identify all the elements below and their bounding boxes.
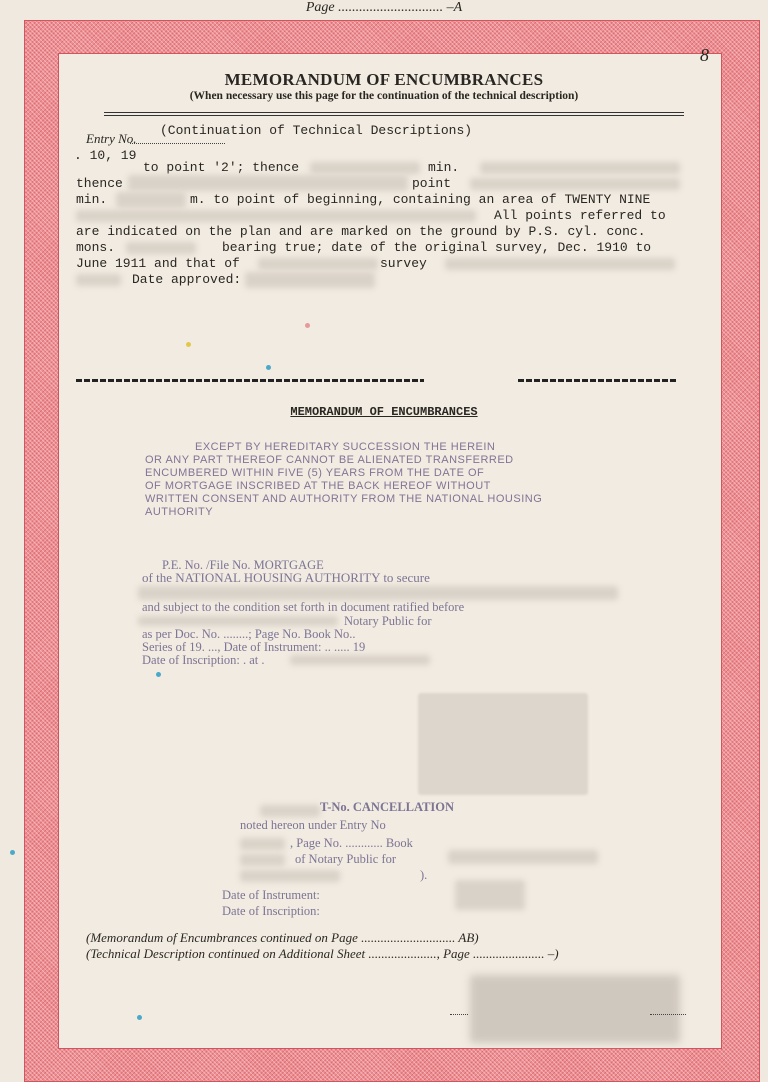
entry-value: (Continuation of Technical Descriptions)	[160, 123, 472, 138]
stamp-line: ENCUMBERED WITHIN FIVE (5) YEARS FROM TH…	[145, 467, 575, 480]
redacted-text	[480, 162, 680, 174]
redacted-text	[128, 175, 408, 191]
document-title: MEMORANDUM OF ENCUMBRANCES	[0, 70, 768, 90]
redacted-text	[126, 242, 196, 254]
redacted-text	[470, 178, 680, 190]
ink-speck	[305, 323, 310, 328]
stamp-line: WRITTEN CONSENT AND AUTHORITY FROM THE N…	[145, 493, 575, 506]
tech-line: All points referred to	[494, 208, 666, 223]
tech-line: June 1911 and that of	[76, 256, 240, 271]
tech-line: are indicated on the plan and are marked…	[76, 224, 646, 239]
tech-line: min.	[428, 160, 459, 175]
memo-continued-note: (Memorandum of Encumbrances continued on…	[86, 930, 479, 946]
redacted-text	[240, 870, 340, 882]
tech-line: to point '2'; thence	[143, 160, 299, 175]
redacted-text	[448, 850, 598, 864]
ink-speck	[266, 365, 271, 370]
signature-dotted-line	[450, 1014, 468, 1015]
ink-speck	[156, 672, 161, 677]
tech-line: m. to point of beginning, containing an …	[190, 192, 650, 207]
redacted-text	[290, 655, 430, 665]
restriction-stamp: EXCEPT BY HEREDITARY SUCCESSION THE HERE…	[145, 441, 575, 519]
encumbrances-heading: MEMORANDUM OF ENCUMBRANCES	[0, 404, 768, 419]
cancellation-line: , Page No. ............ Book	[290, 836, 413, 851]
tech-line: mons.	[76, 240, 115, 255]
dashed-separator-right	[518, 379, 676, 382]
document-subtitle: (When necessary use this page for the co…	[0, 90, 768, 102]
tech-line: survey	[380, 256, 427, 271]
stamp-line: OR ANY PART THEREOF CANNOT BE ALIENATED …	[145, 454, 575, 467]
mortgage-line: Notary Public for	[344, 614, 431, 629]
mortgage-line: and subject to the condition set forth i…	[142, 600, 464, 615]
redacted-text	[138, 586, 618, 600]
redacted-signature	[470, 975, 680, 1043]
mortgage-line: of the NATIONAL HOUSING AUTHORITY to sec…	[142, 570, 430, 586]
encumbrances-heading-text: MEMORANDUM OF ENCUMBRANCES	[290, 405, 477, 419]
cancellation-line: ).	[420, 868, 427, 883]
tech-line: bearing true; date of the original surve…	[222, 240, 651, 255]
tech-line: point	[412, 176, 451, 191]
cancellation-line: Date of Inscription:	[222, 904, 320, 919]
double-rule-top	[104, 112, 684, 113]
double-rule-bottom	[104, 115, 684, 116]
ink-speck	[186, 342, 191, 347]
stamp-line: EXCEPT BY HEREDITARY SUCCESSION THE HERE…	[145, 441, 575, 454]
mortgage-line: Date of Inscription: . at .	[142, 653, 265, 668]
ink-speck	[137, 1015, 142, 1020]
signature-dotted-line	[650, 1014, 686, 1015]
tech-line: . 10, 19	[74, 148, 136, 163]
cancellation-line: Date of Instrument:	[222, 888, 320, 903]
redacted-text	[76, 274, 121, 286]
tech-line: thence	[76, 176, 123, 191]
redacted-text	[116, 192, 186, 208]
redacted-text	[445, 258, 675, 270]
cancellation-line: T-No. CANCELLATION	[320, 800, 454, 815]
stamp-line: OF MORTGAGE INSCRIBED AT THE BACK HEREOF…	[145, 480, 575, 493]
dashed-separator-left	[76, 379, 424, 382]
page-label: Page .............................. –A	[0, 0, 768, 16]
redacted-text	[138, 616, 338, 626]
redacted-text	[455, 880, 525, 910]
handwritten-page-number: 8	[700, 45, 709, 66]
redacted-text	[260, 805, 320, 817]
redacted-text	[245, 272, 375, 288]
tech-line: min.	[76, 192, 107, 207]
redacted-text	[258, 258, 378, 270]
redacted-signature-box	[418, 693, 588, 795]
ink-speck	[10, 850, 15, 855]
tech-continued-note: (Technical Description continued on Addi…	[86, 946, 559, 962]
cancellation-line: of Notary Public for	[295, 852, 396, 867]
cancellation-line: noted hereon under Entry No	[240, 818, 386, 833]
redacted-text	[310, 162, 420, 174]
entry-label: Entry No.	[86, 131, 137, 147]
redacted-text	[76, 210, 476, 222]
tech-line: Date approved:	[132, 272, 241, 287]
redacted-text	[240, 838, 285, 850]
stamp-line: AUTHORITY	[145, 506, 575, 519]
redacted-text	[240, 854, 285, 866]
